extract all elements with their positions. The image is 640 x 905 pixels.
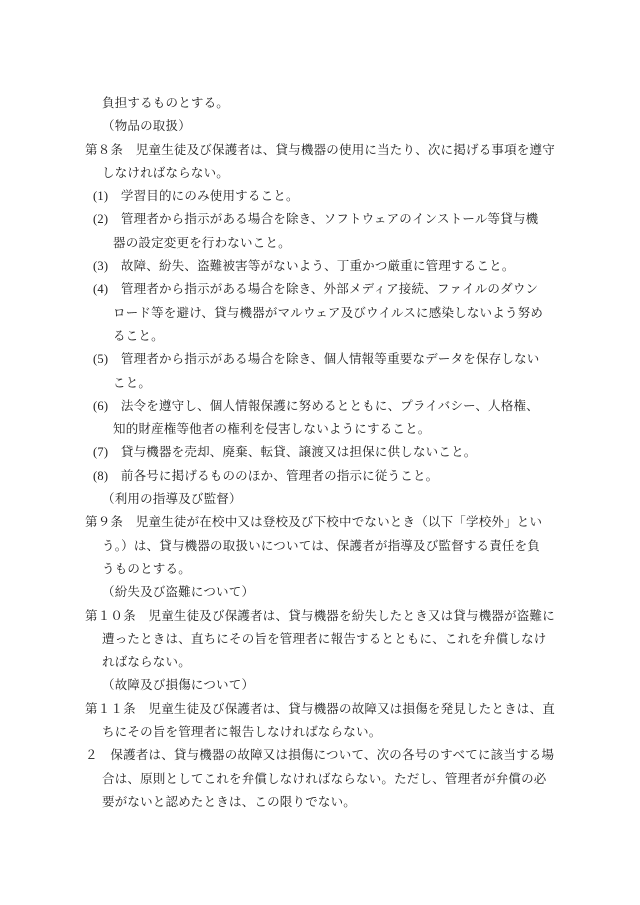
item-8-line: (8) 前各号に掲げるもののほか、管理者の指示に従うこと。 bbox=[93, 465, 565, 488]
article-11-paragraph-2-continuation-line: 合は、原則としてこれを弁償しなければならない。ただし、管理者が弁償の必 bbox=[102, 768, 565, 791]
item-4-continuation-line-2: ること。 bbox=[113, 325, 565, 348]
article-10-continuation-line: 遭ったときは、直ちにその旨を管理者に報告するとともに、これを弁償しなけ bbox=[102, 628, 565, 651]
document-body: 負担するものとする。 （物品の取扱） 第８条 児童生徒及び保護者は、貸与機器の使… bbox=[85, 92, 565, 814]
article-8-continuation-line: しなければならない。 bbox=[102, 162, 565, 185]
item-5-line: (5) 管理者から指示がある場合を除き、個人情報等重要なデータを保存しない bbox=[93, 348, 565, 371]
item-2-continuation-line: 器の設定変更を行わないこと。 bbox=[113, 232, 565, 255]
document-page: 負担するものとする。 （物品の取扱） 第８条 児童生徒及び保護者は、貸与機器の使… bbox=[0, 0, 640, 905]
item-6-continuation-line: 知的財産権等他者の権利を侵害しないようにすること。 bbox=[113, 418, 565, 441]
article-10-line: 第１０条 児童生徒及び保護者は、貸与機器を紛失したとき又は貸与機器が盗難に bbox=[85, 605, 565, 628]
item-2-line: (2) 管理者から指示がある場合を除き、ソフトウェアのインストール等貸与機 bbox=[93, 208, 565, 231]
article-10-continuation-line-2: ればならない。 bbox=[102, 651, 565, 674]
section-heading-goods-handling: （物品の取扱） bbox=[102, 115, 565, 138]
article-continuation-line: 負担するものとする。 bbox=[102, 92, 565, 115]
article-11-continuation-line: ちにその旨を管理者に報告しなければならない。 bbox=[102, 721, 565, 744]
article-9-continuation-line: う。）は、貸与機器の取扱いについては、保護者が指導及び監督する責任を負 bbox=[102, 535, 565, 558]
section-heading-malfunction-damage: （故障及び損傷について） bbox=[102, 674, 565, 697]
section-heading-usage-guidance: （利用の指導及び監督） bbox=[102, 488, 565, 511]
item-5-continuation-line: こと。 bbox=[113, 372, 565, 395]
item-7-line: (7) 貸与機器を売却、廃棄、転貸、譲渡又は担保に供しないこと。 bbox=[93, 441, 565, 464]
item-4-line: (4) 管理者から指示がある場合を除き、外部メディア接続、ファイルのダウン bbox=[93, 278, 565, 301]
item-4-continuation-line: ロード等を避け、貸与機器がマルウェア及びウイルスに感染しないよう努め bbox=[113, 302, 565, 325]
item-3-line: (3) 故障、紛失、盗難被害等がないよう、丁重かつ厳重に管理すること。 bbox=[93, 255, 565, 278]
article-11-line: 第１１条 児童生徒及び保護者は、貸与機器の故障又は損傷を発見したときは、直 bbox=[85, 698, 565, 721]
article-11-paragraph-2-line: ２ 保護者は、貸与機器の故障又は損傷について、次の各号のすべてに該当する場 bbox=[85, 744, 565, 767]
article-8-line: 第８条 児童生徒及び保護者は、貸与機器の使用に当たり、次に掲げる事項を遵守 bbox=[85, 139, 565, 162]
item-6-line: (6) 法令を遵守し、個人情報保護に努めるとともに、プライバシー、人格権、 bbox=[93, 395, 565, 418]
article-9-line: 第９条 児童生徒が在校中又は登校及び下校中でないとき（以下「学校外」とい bbox=[85, 511, 565, 534]
article-11-paragraph-2-continuation-line-2: 要がないと認めたときは、この限りでない。 bbox=[102, 791, 565, 814]
section-heading-loss-theft: （紛失及び盗難について） bbox=[102, 581, 565, 604]
item-1-line: (1) 学習目的にのみ使用すること。 bbox=[93, 185, 565, 208]
article-9-continuation-line-2: うものとする。 bbox=[102, 558, 565, 581]
